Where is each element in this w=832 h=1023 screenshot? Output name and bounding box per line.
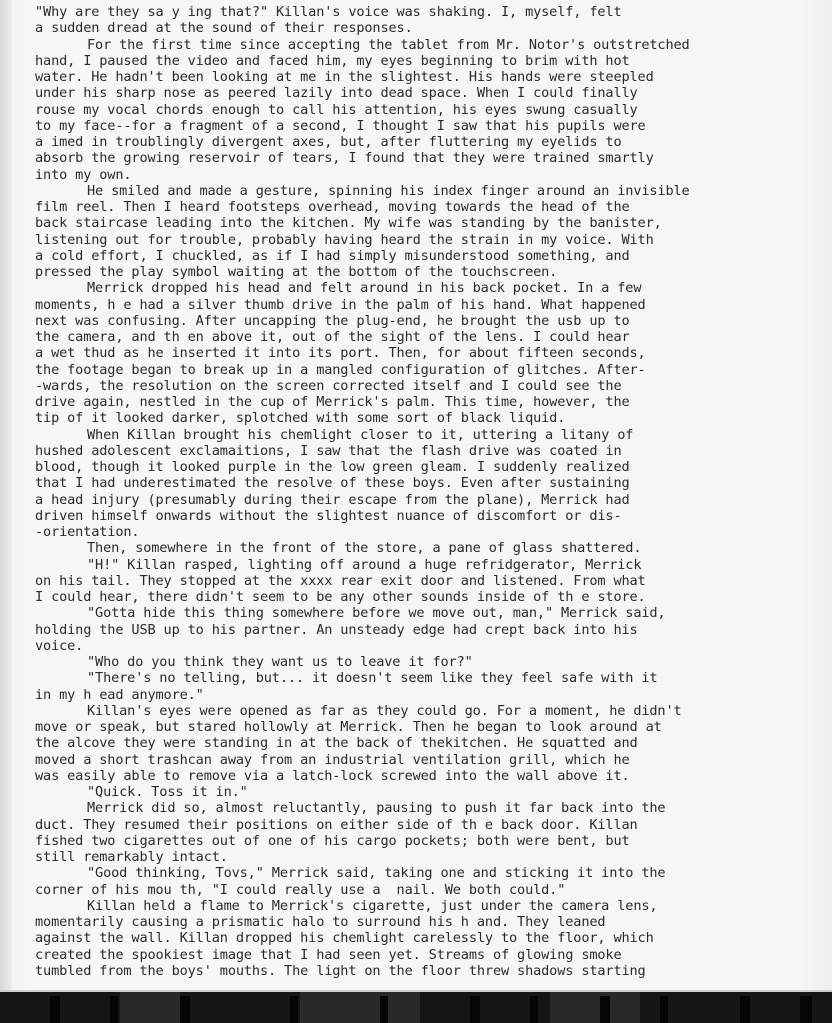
binder-tab (660, 996, 668, 1023)
scanner-shadow-band (300, 992, 420, 1023)
binder-tab (530, 996, 538, 1023)
text-line: pressed the play symbol waiting at the b… (35, 264, 822, 280)
binder-tab (290, 996, 298, 1023)
text-line: in my h ead anymore." (35, 687, 822, 703)
text-line: created the spookiest image that I had s… (35, 947, 822, 963)
text-line: drive again, nestled in the cup of Merri… (35, 394, 822, 410)
text-line: "Quick. Toss it in." (35, 784, 822, 800)
text-line: a head injury (presumably during their e… (35, 492, 822, 508)
text-line: a sudden dread at the sound of their res… (35, 20, 822, 36)
text-line: a imed in troublingly divergent axes, bu… (35, 134, 822, 150)
text-line: corner of his mou th, "I could really us… (35, 882, 822, 898)
text-line: tumbled from the boys' mouths. The light… (35, 963, 822, 979)
text-line: Killan's eyes were opened as far as they… (35, 703, 822, 719)
text-line: listening out for trouble, probably havi… (35, 232, 822, 248)
text-line: to my face--for a fragment of a second, … (35, 118, 822, 134)
text-line: "Who do you think they want us to leave … (35, 654, 822, 670)
text-line: When Killan brought his chemlight closer… (35, 427, 822, 443)
text-line: was easily able to remove via a latch-lo… (35, 768, 822, 784)
text-line: the footage began to break up in a mangl… (35, 362, 822, 378)
binder-tab (740, 996, 750, 1023)
text-line: fished two cigarettes out of one of his … (35, 833, 822, 849)
text-line: "Why are they sa y ing that?" Killan's v… (35, 4, 822, 20)
text-line: "There's no telling, but... it doesn't s… (35, 670, 822, 686)
text-line: water. He hadn't been looking at me in t… (35, 69, 822, 85)
manuscript-page: "Why are they sa y ing that?" Killan's v… (0, 0, 832, 992)
text-line: hand, I paused the video and faced him, … (35, 53, 822, 69)
text-line: next was confusing. After uncapping the … (35, 313, 822, 329)
text-line: that I had underestimated the resolve of… (35, 475, 822, 491)
text-line: duct. They resumed their positions on ei… (35, 817, 822, 833)
text-line: "Gotta hide this thing somewhere before … (35, 605, 822, 621)
text-line: Then, somewhere in the front of the stor… (35, 540, 822, 556)
binder-tab (50, 996, 60, 1023)
text-line: holding the USB up to his partner. An un… (35, 622, 822, 638)
text-line: the alcove they were standing in at the … (35, 735, 822, 751)
scanner-bed-strip (0, 992, 832, 1023)
text-line: under his sharp nose as peered lazily in… (35, 85, 822, 101)
text-line: driven himself onwards without the sligh… (35, 508, 822, 524)
text-line: voice. (35, 638, 822, 654)
text-line: rouse my vocal chords enough to call his… (35, 102, 822, 118)
text-line: -orientation. (35, 524, 822, 540)
text-line: move or speak, but stared hollowly at Me… (35, 719, 822, 735)
text-line: on his tail. They stopped at the xxxx re… (35, 573, 822, 589)
typewritten-text-body: "Why are they sa y ing that?" Killan's v… (35, 4, 822, 979)
text-line: "H!" Killan rasped, lighting off around … (35, 557, 822, 573)
text-line: Killan held a flame to Merrick's cigaret… (35, 898, 822, 914)
text-line: moments, h e had a silver thumb drive in… (35, 297, 822, 313)
text-line: a wet thud as he inserted it into its po… (35, 345, 822, 361)
text-line: back staircase leading into the kitchen.… (35, 215, 822, 231)
scanner-shadow-band (550, 992, 640, 1023)
binder-tab (470, 996, 480, 1023)
text-line: Merrick dropped his head and felt around… (35, 280, 822, 296)
binder-tab (380, 996, 388, 1023)
text-line: a cold effort, I chuckled, as if I had s… (35, 248, 822, 264)
text-line: momentarily causing a prismatic halo to … (35, 914, 822, 930)
text-line: absorb the growing reservoir of tears, I… (35, 150, 822, 166)
binder-tab (800, 996, 812, 1023)
text-line: hushed adolescent exclamaitions, I saw t… (35, 443, 822, 459)
text-line: -wards, the resolution on the screen cor… (35, 378, 822, 394)
binder-tab (600, 996, 610, 1023)
text-line: tip of it looked darker, splotched with … (35, 410, 822, 426)
scanner-shadow-band (120, 992, 180, 1023)
text-line: moved a short trashcan away from an indu… (35, 752, 822, 768)
text-line: against the wall. Killan dropped his che… (35, 930, 822, 946)
text-line: I could hear, there didn't seem to be an… (35, 589, 822, 605)
text-line: He smiled and made a gesture, spinning h… (35, 183, 822, 199)
text-line: For the first time since accepting the t… (35, 37, 822, 53)
text-line: the camera, and th en above it, out of t… (35, 329, 822, 345)
binder-tab (110, 996, 118, 1023)
text-line: still remarkably intact. (35, 849, 822, 865)
binder-tab (180, 996, 190, 1023)
text-line: blood, though it looked purple in the lo… (35, 459, 822, 475)
text-line: film reel. Then I heard footsteps overhe… (35, 199, 822, 215)
text-line: "Good thinking, Tovs," Merrick said, tak… (35, 865, 822, 881)
text-line: into my own. (35, 167, 822, 183)
text-line: Merrick did so, almost reluctantly, paus… (35, 800, 822, 816)
